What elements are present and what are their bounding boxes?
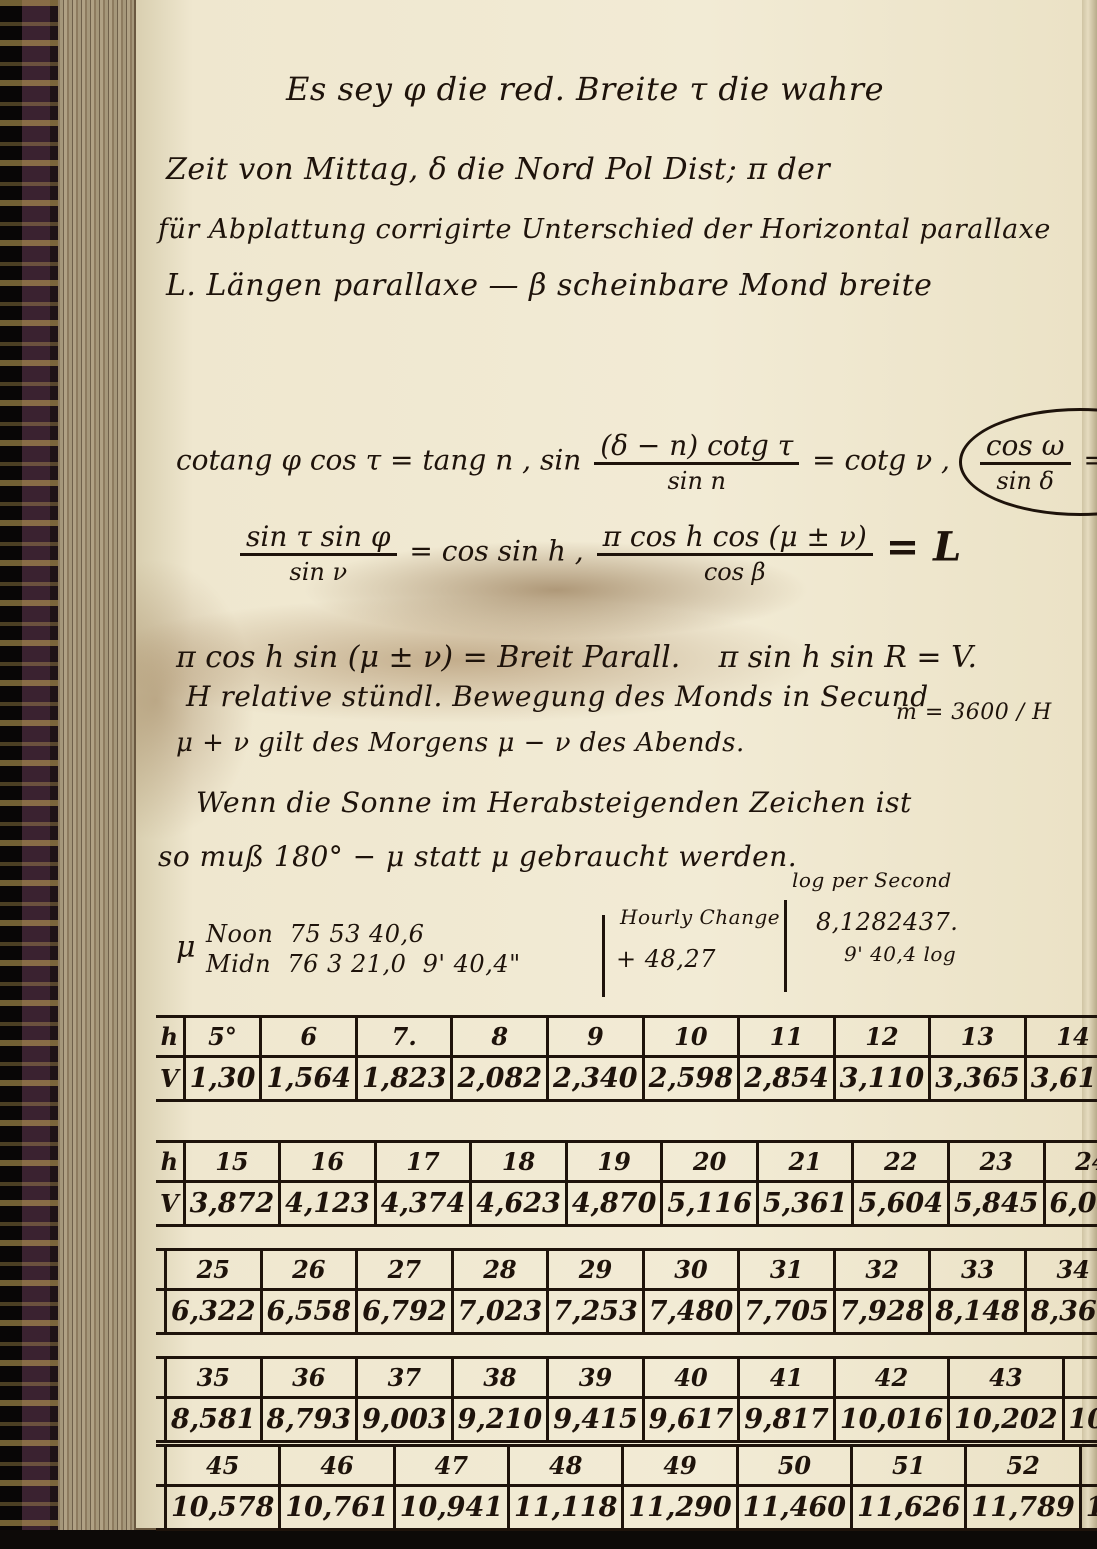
table-row-v: 8,5818,7939,0039,2109,4159,6179,81710,01… bbox=[156, 1398, 1097, 1442]
table-row-v: 6,3226,5586,7927,0237,2537,4807,7057,928… bbox=[156, 1290, 1097, 1334]
table-row-v: V 3,8724,1234,3744,6234,8705,1165,3615,6… bbox=[156, 1182, 1097, 1226]
separator-line bbox=[784, 900, 787, 992]
table-row-h: h 5°67.891011121314 bbox=[156, 1017, 1097, 1057]
hourly-change-value: + 48,27 bbox=[616, 945, 716, 973]
formula-cotang: cotang φ cos τ = tang n , bbox=[176, 444, 531, 477]
formula-fraction-1: (δ − n) cotg τ sin n bbox=[594, 429, 799, 495]
background-shadow bbox=[0, 1530, 1097, 1549]
mu-row-noon: Noon 75 53 40,6 bbox=[206, 920, 424, 948]
formula-fraction-2b: π cos h cos (μ ± ν) cos β bbox=[597, 520, 873, 586]
table-h-v-3: 25262728293031323334 6,3226,5586,7927,02… bbox=[156, 1248, 1097, 1335]
formula-cotg-v: = cotg ν , bbox=[812, 444, 950, 477]
mu-row-midnight: Midn 76 3 21,0 9' 40,4" bbox=[206, 950, 521, 978]
note-m-formula: m = 3600 / H bbox=[896, 700, 1052, 725]
hourly-change-label: Hourly Change bbox=[620, 905, 780, 929]
text-line-2: Zeit von Mittag, δ die Nord Pol Dist; π … bbox=[166, 152, 830, 187]
formula-breit-parall: π cos h sin (μ ± ν) = Breit Parall. bbox=[176, 640, 680, 675]
log-per-second-value: 8,1282437. bbox=[816, 908, 958, 936]
circled-formula: cos ω sin δ = sin μ bbox=[959, 408, 1097, 516]
mu-label: μ bbox=[176, 930, 196, 965]
table-row-v: V 1,301,5641,8232,0822,3402,5982,8543,11… bbox=[156, 1057, 1097, 1101]
table-h-v-4: 35363738394041424344 8,5818,7939,0039,21… bbox=[156, 1356, 1097, 1443]
table-row-h: 25262728293031323334 bbox=[156, 1250, 1097, 1290]
table-row-h: 35363738394041424344 bbox=[156, 1358, 1097, 1398]
manuscript-page: Es sey φ die red. Breite τ die wahre Zei… bbox=[136, 0, 1082, 1530]
page-edges bbox=[58, 0, 136, 1540]
note-hourly-motion: H relative stündl. Bewegung des Monds in… bbox=[186, 680, 929, 713]
formula-row-1: cotang φ cos τ = tang n , sin (δ − n) co… bbox=[176, 408, 1097, 516]
formula-fraction-2a: sin τ sin φ sin ν bbox=[240, 520, 397, 586]
text-line-3: für Abplattung corrigirte Unterschied de… bbox=[158, 214, 1051, 245]
table-h-v-1: h 5°67.891011121314 V 1,301,5641,8232,08… bbox=[156, 1015, 1097, 1102]
formula-v: π sin h sin R = V. bbox=[718, 640, 977, 675]
table-row-h: h 15161718192021222324 bbox=[156, 1142, 1097, 1182]
text-line-1: Es sey φ die red. Breite τ die wahre bbox=[286, 70, 884, 108]
table-row-v: 10,57810,76110,94111,11811,29011,46011,6… bbox=[156, 1486, 1097, 1530]
note-sun-descending: Wenn die Sonne im Herabsteigenden Zeiche… bbox=[196, 786, 912, 819]
log-per-second-label: log per Second bbox=[792, 868, 952, 892]
formula-row-3: π cos h sin (μ ± ν) = Breit Parall. π si… bbox=[176, 640, 977, 675]
log-note: 9' 40,4 log bbox=[844, 942, 956, 966]
formula-sin-prefix: sin bbox=[540, 444, 581, 477]
book-cover-binding bbox=[0, 0, 58, 1549]
table-h-v-5: 45464748495051525354 10,57810,76110,9411… bbox=[156, 1444, 1097, 1531]
note-180-minus-mu: so muß 180° − μ statt μ gebraucht werden… bbox=[158, 840, 797, 873]
text-line-4: L. Längen parallaxe — β scheinbare Mond … bbox=[166, 268, 932, 303]
table-h-v-2: h 15161718192021222324 V 3,8724,1234,374… bbox=[156, 1140, 1097, 1227]
table-row-h: 45464748495051525354 bbox=[156, 1446, 1097, 1486]
separator-line bbox=[602, 915, 605, 997]
note-morning-evening: μ + ν gilt des Morgens μ − ν des Abends. bbox=[176, 728, 745, 758]
formula-row-2: sin τ sin φ sin ν = cos sin h , π cos h … bbox=[236, 520, 961, 586]
